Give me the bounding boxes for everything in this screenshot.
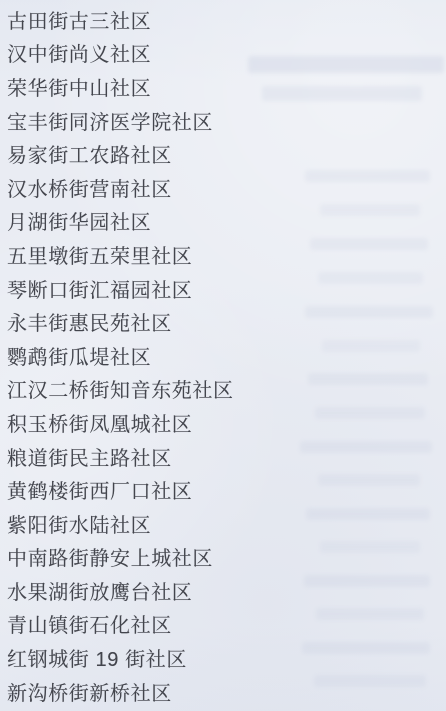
community-name: 黄鹤楼街西厂口社区 bbox=[7, 475, 446, 509]
community-name: 积玉桥街凤凰城社区 bbox=[7, 408, 446, 442]
community-name: 汉水桥街营南社区 bbox=[7, 173, 446, 207]
community-name: 荣华街中山社区 bbox=[7, 72, 446, 106]
community-name: 青山镇街石化社区 bbox=[7, 610, 446, 644]
community-name: 宝丰街同济医学院社区 bbox=[7, 106, 446, 140]
community-name: 鹦鹉街瓜堤社区 bbox=[7, 341, 446, 375]
community-list: 古田街古三社区汉中街尚义社区荣华街中山社区宝丰街同济医学院社区易家街工农路社区汉… bbox=[0, 0, 446, 711]
community-name: 江汉二桥街知音东苑社区 bbox=[7, 375, 446, 409]
community-name: 紫阳街水陆社区 bbox=[7, 509, 446, 543]
scanned-document-page: 古田街古三社区汉中街尚义社区荣华街中山社区宝丰街同济医学院社区易家街工农路社区汉… bbox=[0, 0, 446, 711]
community-name: 五里墩街五荣里社区 bbox=[7, 240, 446, 274]
community-name: 古田街古三社区 bbox=[7, 5, 446, 39]
community-name: 易家街工农路社区 bbox=[7, 139, 446, 173]
community-name: 中南路街静安上城社区 bbox=[7, 543, 446, 577]
community-name: 红钢城街 19 街社区 bbox=[7, 643, 446, 677]
community-name: 新沟桥街新桥社区 bbox=[7, 677, 446, 711]
community-name: 汉中街尚义社区 bbox=[7, 39, 446, 73]
community-name: 琴断口街汇福园社区 bbox=[7, 274, 446, 308]
community-name: 月湖街华园社区 bbox=[7, 207, 446, 241]
community-name: 永丰街惠民苑社区 bbox=[7, 307, 446, 341]
community-name: 粮道街民主路社区 bbox=[7, 442, 446, 476]
community-name: 水果湖街放鹰台社区 bbox=[7, 576, 446, 610]
